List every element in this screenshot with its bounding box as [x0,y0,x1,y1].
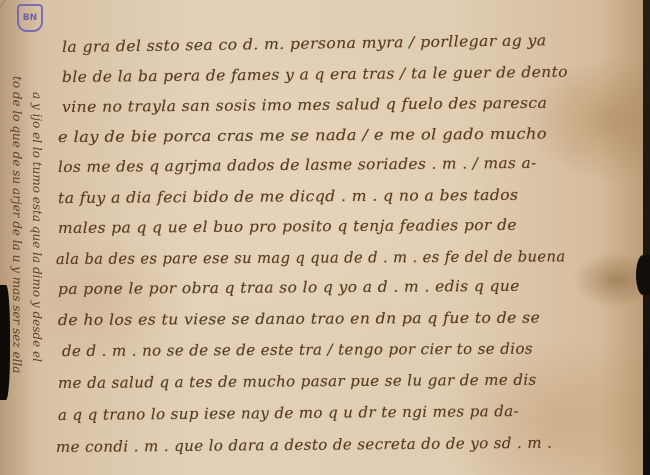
manuscript-line: de ho los es tu viese se danao trao en d… [58,308,540,329]
margin-note: to de lo que de su arjer de la u y mas s… [10,76,24,373]
manuscript-line: me condi . m . que lo dara a desto de se… [56,434,552,456]
manuscript-line: de d . m . no se de se de este tra / ten… [62,340,533,360]
margin-note: a y ijo el lo tumo esta que la dimo y de… [30,92,44,362]
manuscript-line: los me des q agrjma dados de lasme soria… [58,154,537,176]
manuscript-page: BN la gra del ssto sea co d. m. persona … [0,0,650,475]
manuscript-line: ta fuy a dia feci bido de me dicqd . m .… [58,186,519,207]
manuscript-line: la gra del ssto sea co d. m. persona myr… [62,31,547,56]
manuscript-line: ble de la ba pera de fames y a q era tra… [62,63,568,86]
manuscript-line: ala ba des es pare ese su mag q qua de d… [56,247,566,268]
manuscript-line: pa pone le por obra q traa so lo q yo a … [58,277,520,298]
manuscript-line: e lay de bie porca cras me se nada / e m… [58,125,547,146]
page-edge-shadow [643,0,650,475]
manuscript-line: vine no trayla san sosis imo mes salud q… [62,94,547,116]
manuscript-line: a q q trano lo sup iese nay de mo q u dr… [58,402,519,424]
manuscript-line: me da salud q a tes de mucho pasar pue s… [58,371,537,392]
library-stamp-icon: BN [17,4,43,32]
page-edge-shadow [0,285,10,400]
manuscript-line: males pa q q ue el buo pro posito q tenj… [58,216,517,237]
page-tear [636,255,650,295]
